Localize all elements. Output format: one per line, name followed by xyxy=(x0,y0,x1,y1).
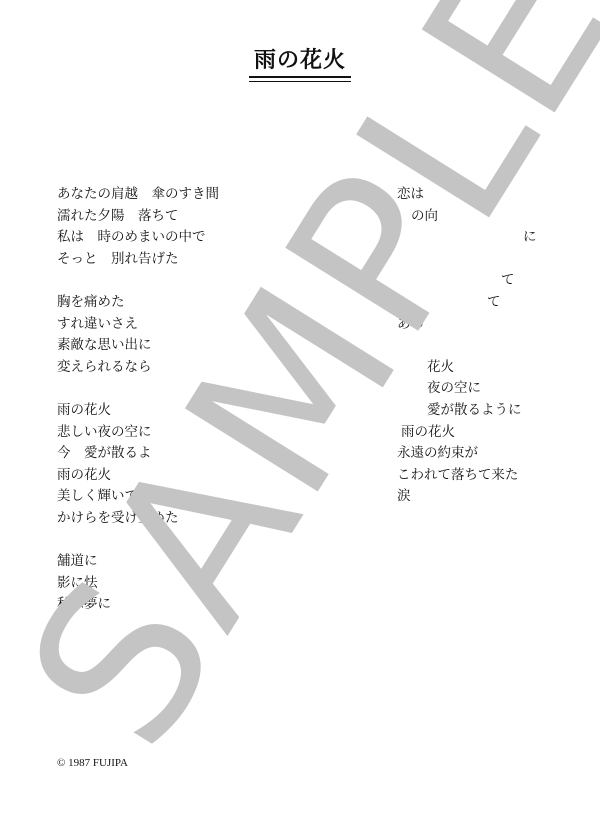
lyric-line: に xyxy=(397,227,557,249)
lyric-line xyxy=(397,249,557,271)
lyric-line: すれ違いさえ xyxy=(57,314,357,336)
lyric-line: 濡れた夕陽 落ちて xyxy=(57,206,357,228)
lyric-line: 素敵な思い出に xyxy=(57,335,357,357)
lyric-line: の向 xyxy=(397,206,557,228)
copyright-notice: © 1987 FUJIPA xyxy=(57,757,128,769)
lyric-line: 美しく輝いて xyxy=(57,486,357,508)
lyric-line: 愛が散るように xyxy=(397,400,557,422)
lyric-line: 雨の花火 xyxy=(397,422,557,444)
lyric-line: 雨の花火 xyxy=(57,465,357,487)
title-block: 雨の花火 xyxy=(249,48,351,82)
lyric-line: 変えられるなら xyxy=(57,357,357,379)
lyric-line: 私は 時のめまいの中で xyxy=(57,227,357,249)
lyric-line: 花火 xyxy=(397,357,557,379)
lyric-line: 夜の空に xyxy=(397,378,557,400)
song-title: 雨の花火 xyxy=(249,48,351,78)
lyric-line: 悲しい夜の空に xyxy=(57,422,357,444)
lyric-line: 舗道に xyxy=(57,551,357,573)
lyric-line: 私は夢に xyxy=(57,594,357,616)
lyric-line: 涙 xyxy=(397,486,557,508)
lyric-line: 影に怯 xyxy=(57,573,357,595)
lyric-line: 雨の花火 xyxy=(57,400,357,422)
lyric-line: 胸を痛めた xyxy=(57,292,357,314)
lyric-line: あの xyxy=(397,314,557,336)
lyric-line: かけらを受け止めた xyxy=(57,508,357,530)
lyric-line: そっと 別れ告げた xyxy=(57,249,357,271)
lyric-line: あなたの肩越 傘のすき間 xyxy=(57,184,357,206)
lyric-line: 恋は xyxy=(397,184,557,206)
lyric-line: て xyxy=(397,292,557,314)
stanza-gap xyxy=(57,270,357,292)
lyrics-left-column: あなたの肩越 傘のすき間 濡れた夕陽 落ちて 私は 時のめまいの中で そっと 別… xyxy=(57,184,357,637)
stanza-gap xyxy=(57,378,357,400)
lyric-line xyxy=(57,616,357,638)
stanza-gap xyxy=(57,530,357,552)
lyric-line: こわれて落ちて来た xyxy=(397,465,557,487)
lyrics-right-column: 恋は の向 に て て あの 花火 夜の空に 愛が散るように 雨の花火 永遠の約… xyxy=(397,184,557,508)
title-double-underline xyxy=(249,81,351,82)
lyric-line: 今 愛が散るよ xyxy=(57,443,357,465)
stanza-gap xyxy=(397,335,557,357)
lyric-line: 永遠の約束が xyxy=(397,443,557,465)
lyric-line: て xyxy=(397,270,557,292)
